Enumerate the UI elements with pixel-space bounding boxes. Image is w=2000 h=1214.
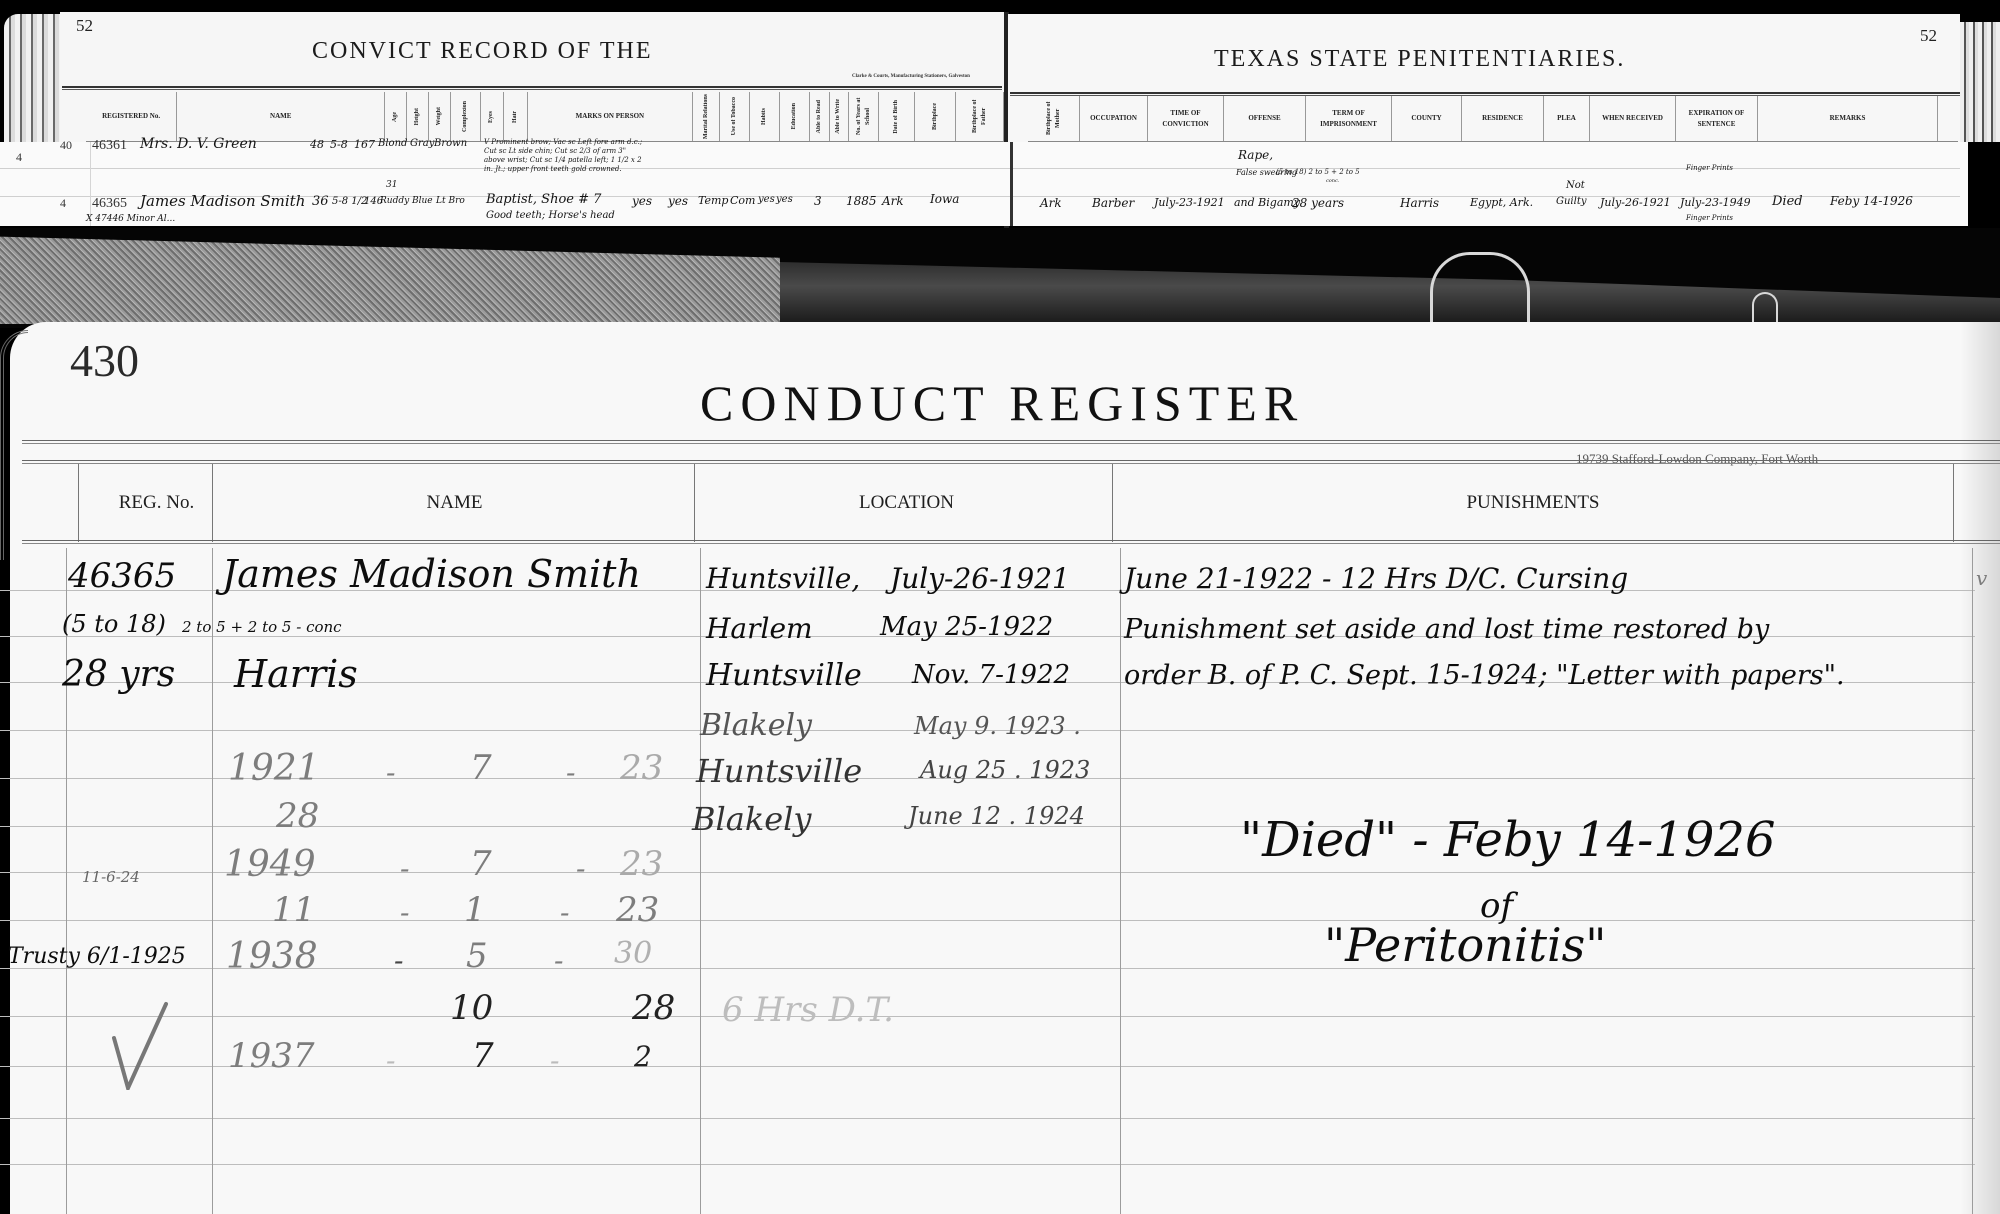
habits: Temp xyxy=(698,194,728,207)
calc-dash: - xyxy=(386,1044,395,1077)
column-header-label: REMARKS xyxy=(1830,113,1866,124)
calc-day: 30 xyxy=(614,936,652,971)
column-header-term-of-imprisonment: TERM OF IMPRISONMENT xyxy=(1306,96,1392,141)
calc-month: 10 xyxy=(450,988,493,1028)
location-place: Harlem xyxy=(706,612,813,645)
column-rule xyxy=(1972,548,1973,1214)
location-place: Huntsville xyxy=(706,658,862,693)
column-rule xyxy=(66,548,67,1214)
calc-month: 5 xyxy=(466,936,488,976)
location-place: Huntsville, xyxy=(706,562,860,595)
column-header-marital-relations: Marital Relations xyxy=(693,92,721,141)
years-at-school: 3 xyxy=(814,194,822,208)
calc-day: 2 xyxy=(634,1040,652,1073)
column-header-no-of-years-at-school: No. of Years at School xyxy=(849,92,879,141)
residence: Egypt, Ark. xyxy=(1470,196,1533,209)
calc-month: 1 xyxy=(464,890,486,930)
complexion: Blond xyxy=(378,138,407,149)
column-header-height: Height xyxy=(407,92,429,141)
convict-record-title-right: TEXAS STATE PENITENTIARIES. xyxy=(1214,46,1625,73)
column-header-weight: Weight xyxy=(429,92,451,141)
column-header-birthplace-of-mother: Birthplace of Mother xyxy=(1028,96,1080,141)
column-header-label: No. of Years at School xyxy=(855,93,873,140)
conduct-page-number: 430 xyxy=(70,334,139,387)
able-to-read: yes xyxy=(758,194,775,205)
column-header-label: Habits xyxy=(760,108,769,125)
column-header-label: RESIDENCE xyxy=(1482,113,1523,124)
height: 5-8 xyxy=(330,138,348,151)
complexion: Ruddy xyxy=(380,196,409,206)
column-header-occupation: OCCUPATION xyxy=(1080,96,1148,141)
column-header-label: TIME OF CONVICTION xyxy=(1149,108,1222,129)
calc-day: 28 xyxy=(632,988,675,1028)
column-header-location: LOCATION xyxy=(694,464,1118,542)
reg-no: 46365 xyxy=(92,196,127,212)
column-header-label: Marital Relations xyxy=(702,94,711,139)
term: 28 yrs xyxy=(62,654,175,695)
row-rule xyxy=(0,168,1960,169)
column-header-hair: Hair xyxy=(504,92,528,141)
alias-note: X 47446 Minor Al... xyxy=(86,214,175,224)
column-header-name: NAME xyxy=(177,92,385,141)
remarks-status: Died xyxy=(1772,194,1803,209)
plea-line2: Guilty xyxy=(1556,196,1587,207)
convict-record-printer-mark: Clarke & Courts, Manufacturing Stationer… xyxy=(852,74,970,79)
column-header-reg-no: REG. No. xyxy=(78,464,234,542)
column-header-label: PLEA xyxy=(1557,113,1576,124)
calc-year: 1949 xyxy=(224,844,316,885)
column-header-label: TERM OF IMPRISONMENT xyxy=(1307,108,1390,129)
age: 48 xyxy=(310,138,324,151)
convict-record-entries xyxy=(0,142,1968,226)
calc-dash: - xyxy=(386,756,395,789)
occupation: Barber xyxy=(1092,196,1134,210)
age: 36 xyxy=(312,194,329,209)
trusty-note: Trusty 6/1-1925 xyxy=(8,944,186,969)
convict-name: James Madison Smith xyxy=(140,192,305,210)
conduct-register-header: REG. No. NAME LOCATION PUNISHMENTS xyxy=(22,464,2000,542)
column-header-date-of-birth: Date of Birth xyxy=(879,92,915,141)
column-header-label: EXPIRATION OF SENTENCE xyxy=(1677,108,1756,129)
side-date: 11-6-24 xyxy=(82,868,140,886)
column-header-label: WHEN RECEIVED xyxy=(1602,113,1663,124)
calc-month: 7 xyxy=(470,844,492,884)
weight: 167 xyxy=(354,138,375,151)
column-header-label: Education xyxy=(790,103,799,129)
column-header-label: Eyes xyxy=(487,111,496,123)
expiration-note: Finger Prints xyxy=(1686,164,1733,172)
column-header-label: Use of Tobacco xyxy=(730,97,739,135)
page-edge-shadow xyxy=(1960,322,2000,1214)
row-marker: 4 xyxy=(16,150,22,165)
calc-dash: - xyxy=(394,944,403,977)
death-note: "Died" - Feby 14-1926 xyxy=(1240,812,1776,868)
punishment-line: Punishment set aside and lost time resto… xyxy=(1124,614,1769,645)
term-note: (5 to 18) xyxy=(62,610,166,638)
column-header-label: COUNTY xyxy=(1411,113,1441,124)
calc-month: 7 xyxy=(472,1036,494,1076)
offense-line3: and Bigamy xyxy=(1234,196,1300,209)
column-header-label: Date of Birth xyxy=(892,100,901,134)
column-header-label: OFFENSE xyxy=(1248,113,1280,124)
calc-month: 7 xyxy=(470,748,492,788)
column-header-label: Birthplace of Father xyxy=(971,93,989,140)
right-page-number: 52 xyxy=(1920,26,1937,46)
column-header-label: Hair xyxy=(511,111,520,123)
calc-dash: - xyxy=(400,896,409,929)
county: Harris xyxy=(234,652,358,696)
location-place: Huntsville xyxy=(696,752,862,790)
height: 5-8 1/2 xyxy=(332,196,367,207)
location-date: June 12 . 1924 xyxy=(908,802,1085,830)
calc-day: 23 xyxy=(616,890,659,930)
able-to-write: yes xyxy=(776,194,793,205)
location-date: July-26-1921 xyxy=(890,562,1070,595)
ruled-line xyxy=(0,1016,1975,1017)
convict-name: Mrs. D. V. Green xyxy=(140,136,257,152)
convict-record-header-right: Birthplace of MotherOCCUPATIONTIME OF CO… xyxy=(1028,96,1958,142)
column-header-education: Education xyxy=(780,92,810,141)
location-date: May 25-1922 xyxy=(880,612,1053,642)
calc-dash: - xyxy=(566,756,575,789)
loose-thread xyxy=(1752,292,1778,322)
column-header-county: COUNTY xyxy=(1392,96,1462,141)
calc-year: 11 xyxy=(272,890,315,930)
date-of-birth: 1885 xyxy=(846,194,877,208)
calc-year: 1938 xyxy=(226,936,318,977)
calc-day: 23 xyxy=(620,844,663,884)
column-header-label: Able to Write xyxy=(834,99,843,134)
book-page-edges-right xyxy=(1960,22,2000,142)
margin-mark: v xyxy=(1976,566,1987,590)
use-of-tobacco: yes xyxy=(668,194,688,208)
column-header-label: Birthplace xyxy=(931,103,940,130)
complexion-note: 31 xyxy=(386,180,397,190)
column-rule xyxy=(1120,548,1121,1214)
county: Harris xyxy=(1400,196,1439,210)
location-place: Blakely xyxy=(692,800,811,838)
left-page-number: 52 xyxy=(76,16,93,36)
column-header-birthplace-of-father: Birthplace of Father xyxy=(956,92,1004,141)
ruled-line xyxy=(0,1118,1975,1119)
mother-birthplace: Ark xyxy=(1040,196,1062,210)
column-header-name: NAME xyxy=(212,464,696,542)
column-rule xyxy=(700,548,701,1214)
column-header-label: Birthplace of Mother xyxy=(1045,97,1063,140)
column-header-use-of-tobacco: Use of Tobacco xyxy=(720,92,750,141)
convict-record-title-left: CONVICT RECORD OF THE xyxy=(312,38,652,65)
header-rule-left xyxy=(62,86,1002,90)
calc-year: 1921 xyxy=(228,748,320,789)
column-header-eyes: Eyes xyxy=(481,92,505,141)
header-rule xyxy=(22,440,2000,444)
column-header-label: REGISTERED No. xyxy=(102,111,160,122)
calc-dash: - xyxy=(576,852,585,885)
column-header-offense: OFFENSE xyxy=(1224,96,1306,141)
column-header-registered-no: REGISTERED No. xyxy=(86,92,177,141)
death-cause: "Peritonitis" xyxy=(1324,918,1606,972)
checkmark-icon xyxy=(110,1000,170,1090)
row-marker: 40 xyxy=(60,138,72,153)
convict-record-header-left: REGISTERED No.NAMEAgeHeightWeightComplex… xyxy=(86,92,1004,142)
column-header-label: Able to Read xyxy=(815,100,824,133)
location-date: May 9. 1923 . xyxy=(914,712,1081,740)
column-header-time-of-conviction: TIME OF CONVICTION xyxy=(1148,96,1224,141)
column-header-age: Age xyxy=(385,92,407,141)
punishment-line: June 21-1922 - 12 Hrs D/C. Cursing xyxy=(1124,562,1628,595)
term-of-imprisonment: 28 years xyxy=(1292,196,1344,210)
column-header-birthplace: Birthplace xyxy=(915,92,957,141)
column-header-label: MARKS ON PERSON xyxy=(576,111,644,122)
reg-no: 46361 xyxy=(92,138,127,154)
header-bottom-rule xyxy=(22,540,2000,544)
column-header-expiration-of-sentence: EXPIRATION OF SENTENCE xyxy=(1676,96,1758,141)
faint-punishment-note: 6 Hrs D.T. xyxy=(722,990,894,1030)
location-date: Nov. 7-1922 xyxy=(912,660,1070,690)
calc-dash: - xyxy=(550,1044,559,1077)
column-header-label: Height xyxy=(413,108,422,125)
father-birthplace: Iowa xyxy=(930,192,959,206)
expiration-of-sentence: July-23-1949 xyxy=(1680,196,1751,209)
prisoner-name: James Madison Smith xyxy=(222,552,641,596)
calc-dash: - xyxy=(560,896,569,929)
hair: Brown xyxy=(434,138,467,149)
conduct-register-title: CONDUCT REGISTER xyxy=(700,374,1304,432)
plea-line1: Not xyxy=(1566,180,1585,191)
education: Com xyxy=(730,194,755,207)
column-header-label: Age xyxy=(391,112,400,122)
column-rule xyxy=(212,548,213,1214)
when-received: July-26-1921 xyxy=(1600,196,1671,209)
column-header-marks-on-person: MARKS ON PERSON xyxy=(528,92,693,141)
column-header-when-received: WHEN RECEIVED xyxy=(1590,96,1676,141)
expiration-note2: Finger Prints xyxy=(1686,214,1733,222)
column-rule xyxy=(1010,142,1013,226)
loose-thread xyxy=(1430,252,1530,332)
location-date: Aug 25 . 1923 xyxy=(920,756,1090,784)
eyes: Gray xyxy=(410,138,434,149)
term-note-small: conc. xyxy=(1326,178,1339,184)
offense-line1: Rape, xyxy=(1238,148,1273,162)
convict-record-strip: 52 52 CONVICT RECORD OF THE TEXAS STATE … xyxy=(0,0,2000,228)
eyes: Blue xyxy=(412,196,433,206)
punishment-line: order B. of P. C. Sept. 15-1924; "Letter… xyxy=(1124,660,1845,691)
calc-year: 28 xyxy=(276,796,319,836)
calc-dash: - xyxy=(554,944,563,977)
column-header-remarks: REMARKS xyxy=(1758,96,1938,141)
column-header-able-to-read: Able to Read xyxy=(810,92,830,141)
birthplace: Ark xyxy=(882,194,904,208)
marks-on-person: Baptist, Shoe # 7 xyxy=(486,192,601,207)
calc-day: 23 xyxy=(620,748,663,788)
marks-on-person: V Prominent brow; Vac sc Left fore arm d… xyxy=(484,138,644,174)
column-header-residence: RESIDENCE xyxy=(1462,96,1544,141)
column-header-punishments: PUNISHMENTS xyxy=(1112,464,1954,542)
column-header-able-to-write: Able to Write xyxy=(830,92,850,141)
column-header-label: Weight xyxy=(435,107,444,125)
marital-relations: yes xyxy=(632,194,652,208)
calc-year: 1937 xyxy=(228,1036,315,1076)
column-header-plea: PLEA xyxy=(1544,96,1590,141)
reg-no: 46365 xyxy=(68,556,176,596)
remarks-date: Feby 14-1926 xyxy=(1830,194,1913,208)
column-header-habits: Habits xyxy=(750,92,780,141)
time-of-conviction: July-23-1921 xyxy=(1154,196,1225,209)
hair: Lt Bro xyxy=(436,196,465,206)
column-header-complexion: Complexion xyxy=(451,92,481,141)
row-marker: 4 xyxy=(60,196,66,211)
term-note: (5 to 18) 2 to 5 + 2 to 5 xyxy=(1276,168,1360,176)
column-header-label: OCCUPATION xyxy=(1090,113,1137,124)
calc-dash: - xyxy=(400,852,409,885)
ruled-line xyxy=(0,1164,1975,1165)
column-header-label: Complexion xyxy=(461,101,470,132)
term-note-small: 2 to 5 + 2 to 5 - conc xyxy=(182,618,342,636)
marks-on-person-line2: Good teeth; Horse's head xyxy=(486,210,615,221)
column-header-label: NAME xyxy=(270,111,291,122)
location-place: Blakely xyxy=(700,708,812,743)
